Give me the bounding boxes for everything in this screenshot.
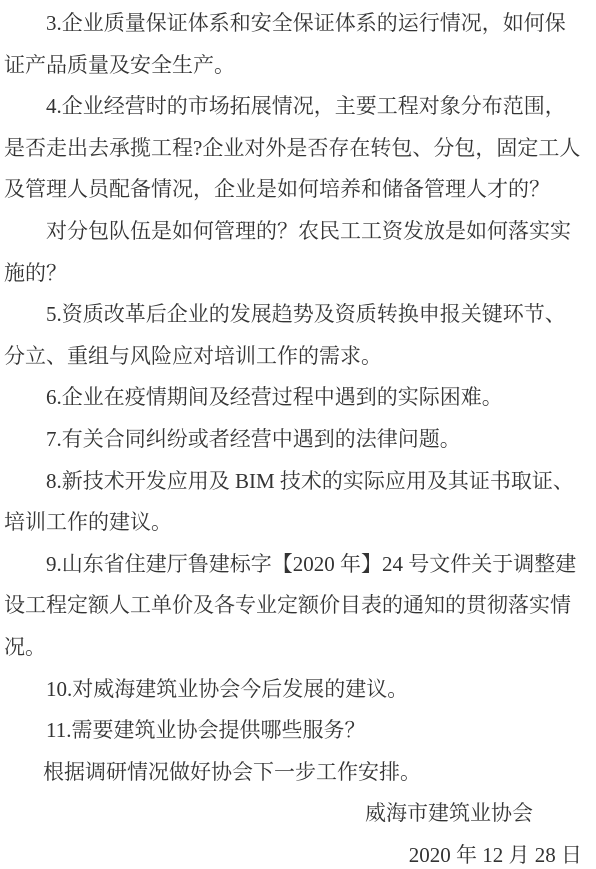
paragraph-item-3: 3.企业质量保证体系和安全保证体系的运行情况，如何保证产品质量及安全生产。 bbox=[4, 3, 584, 86]
closing-paragraph: 根据调研情况做好协会下一步工作安排。 bbox=[4, 752, 584, 794]
paragraph-item-8: 8.新技术开发应用及 BIM 技术的实际应用及其证书取证、培训工作的建议。 bbox=[4, 461, 584, 544]
paragraph-item-7: 7.有关合同纠纷或者经营中遇到的法律问题。 bbox=[4, 419, 584, 461]
paragraph-item-4: 4.企业经营时的市场拓展情况，主要工程对象分布范围，是否走出去承揽工程?企业对外… bbox=[4, 86, 584, 211]
paragraph-item-5: 5.资质改革后企业的发展趋势及资质转换申报关键环节、分立、重组与风险应对培训工作… bbox=[4, 294, 584, 377]
document-page: 3.企业质量保证体系和安全保证体系的运行情况，如何保证产品质量及安全生产。 4.… bbox=[0, 0, 596, 869]
paragraph-item-9: 9.山东省住建厅鲁建标字【2020 年】24 号文件关于调整建设工程定额人工单价… bbox=[4, 544, 584, 669]
paragraph-item-4-continued: 对分包队伍是如何管理的？农民工工资发放是如何落实实施的？ bbox=[4, 211, 584, 294]
signature-line: 威海市建筑业协会 bbox=[4, 793, 584, 835]
paragraph-item-6: 6.企业在疫情期间及经营过程中遇到的实际困难。 bbox=[4, 377, 584, 419]
date-line: 2020 年 12 月 28 日 bbox=[4, 835, 584, 869]
paragraph-item-11: 11.需要建筑业协会提供哪些服务？ bbox=[4, 710, 584, 752]
paragraph-item-10: 10.对威海建筑业协会今后发展的建议。 bbox=[4, 669, 584, 711]
